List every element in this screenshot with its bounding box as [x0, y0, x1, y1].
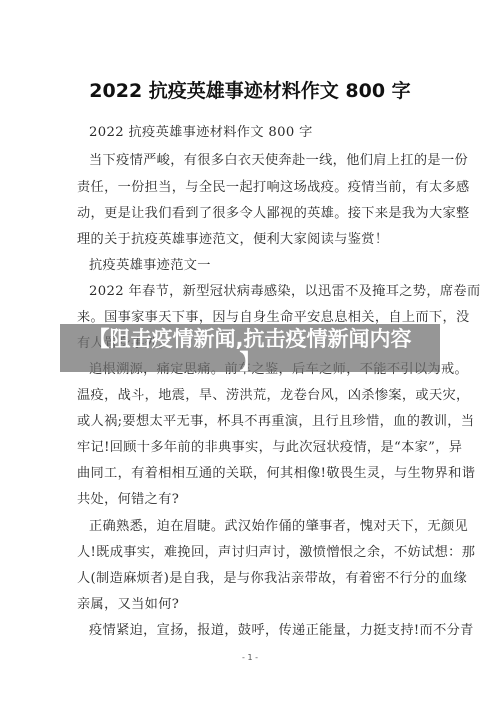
page-number: - 1 - [0, 653, 500, 662]
document-line: 人!既成事实，难挽回，声讨归声讨，激愤憎恨之余，不妨试想：那 [77, 545, 427, 561]
document-line: 牢记!回顾十多年前的非典事实，与此次冠状疫情，是“本家”，异 [77, 440, 427, 456]
document-line: 责任，一份担当，与全民一起打响这场战疫。疫情当前，有太多感 [77, 180, 427, 196]
document-line: 疫情紧迫，宣扬，报道，鼓呼，传递正能量，力挺支持!而不分青 [89, 623, 439, 639]
document-line: 当下疫情严峻，有很多白衣天使奔赴一线，他们肩上扛的是一份 [89, 153, 439, 169]
document-line: 温疫，战斗，地震，旱、涝洪荒，龙卷台风，凶杀惨案，或天灾， [77, 388, 427, 404]
document-title: 2022 抗疫英雄事迹材料作文 800 字 [0, 76, 500, 103]
headline-overlay-title[interactable]: 【阻击疫情新闻,抗击疫情新闻内容 [60, 327, 440, 351]
document-line: 或人祸;要想太平无事，杯具不再重演，且行且珍惜，血的教训，当 [77, 414, 427, 430]
document-line: 共处，何错之有? [77, 492, 427, 508]
document-line: 曲同工，有着相相互通的关联，何其相像!敬畏生灵，与生物界和谐 [77, 466, 427, 482]
document-line: 人(制造麻烦者)是自我，是与你我沾亲带故，有着密不行分的血缘 [77, 571, 427, 587]
headline-overlay-title-end: 】 [60, 350, 440, 374]
document-line: 正确熟悉，迫在眉睫。武汉始作俑的肇事者，愧对天下，无颜见 [89, 519, 439, 535]
document-line: 抗疫英雄事迹范文一 [89, 258, 439, 274]
document-line: 亲属，又当如何? [77, 597, 427, 613]
document-line: 动，更是让我们看到了很多令人鄙视的英雄。接下来是我为大家整 [77, 206, 427, 222]
document-line: 理的关于抗疫英雄事迹范文，便利大家阅读与鉴赏！ [77, 232, 427, 248]
document-line: 2022 抗疫英雄事迹材料作文 800 字 [89, 125, 439, 141]
document-line: 2022 年春节，新型冠状病毒感染，以迅雷不及掩耳之势，席卷而 [89, 284, 439, 300]
